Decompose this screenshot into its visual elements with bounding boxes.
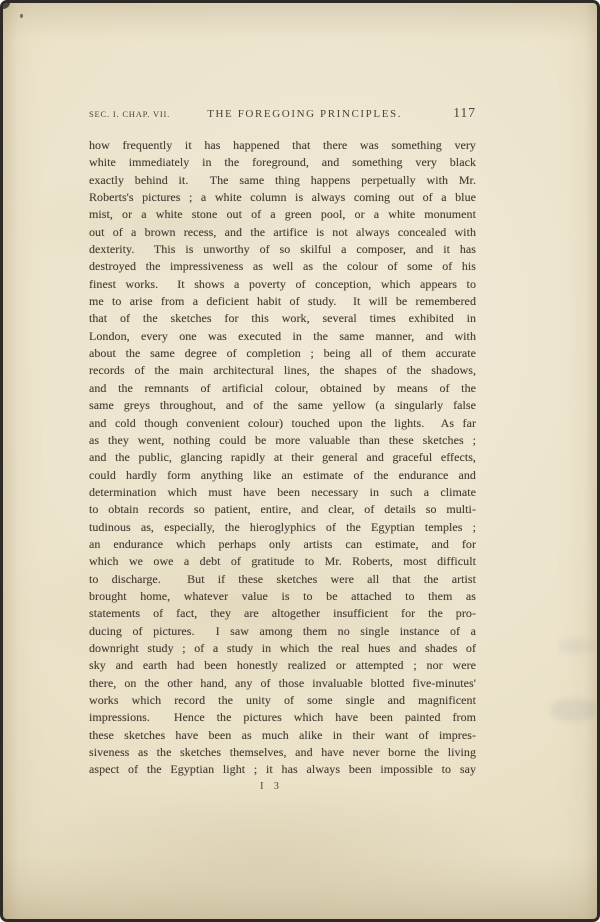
text-line: tudinous as, especially, the hieroglyphi… [89,519,476,536]
text-line: white immediately in the foreground, and… [89,154,476,171]
text-line: which we owe a debt of gratitude to Mr. … [89,553,476,570]
scan-corner-blot [1,1,10,9]
text-line: that of the sketches for this work, seve… [89,310,476,327]
text-line: about the same degree of completion ; be… [89,345,476,362]
text-line: impressions. Hence the pictures which ha… [89,709,476,726]
text-line: determination which must have been neces… [89,484,476,501]
text-line: out of a brown recess, and the artifice … [89,224,476,241]
text-line: these sketches have been as much alike i… [89,727,476,744]
page-number: 117 [453,105,476,121]
text-line: and the public, glancing rapidly at thei… [89,449,476,466]
text-line: me to arise from a deficient habit of st… [89,293,476,310]
body-text: how frequently it has happened that ther… [89,137,476,779]
text-line: same greys throughout, and of the same y… [89,397,476,414]
text-line: to discharge. But if these sketches were… [89,571,476,588]
text-line: destroyed the impressiveness as well as … [89,258,476,275]
text-line: London, every one was executed in the sa… [89,328,476,345]
text-line: there, on the other hand, any of those i… [89,675,476,692]
text-line: finest works. It shows a poverty of conc… [89,276,476,293]
text-line: downright study ; of a study in which th… [89,640,476,657]
text-line: statements of fact, they are altogether … [89,605,476,622]
text-line: dexterity. This is unworthy of so skilfu… [89,241,476,258]
running-head: Sec. I. Chap. VII. THE FOREGOING PRINCIP… [89,105,476,121]
chapter-reference: Sec. I. Chap. VII. [89,109,170,119]
text-line: mist, or a white stone out of a green po… [89,206,476,223]
text-line: an endurance which perhaps only artists … [89,536,476,553]
text-line: could hardly form anything like an estim… [89,467,476,484]
text-line: Roberts's pictures ; a white column is a… [89,189,476,206]
text-line: how frequently it has happened that ther… [89,137,476,154]
show-through-smudge [559,639,595,653]
page-title: THE FOREGOING PRINCIPLES. [170,108,453,120]
text-line: as they went, nothing could be more valu… [89,432,476,449]
text-line: works which record the unity of some sin… [89,692,476,709]
text-line: brought home, whatever value is to be at… [89,588,476,605]
scanned-book-page: Sec. I. Chap. VII. THE FOREGOING PRINCIP… [0,0,600,922]
text-line: and cold though convenient colour) touch… [89,415,476,432]
signature-mark: I 3 [89,781,476,792]
text-line: sky and earth had been honestly realized… [89,657,476,674]
text-line: and the remnants of artificial colour, o… [89,380,476,397]
text-line: ducing of pictures. I saw among them no … [89,623,476,640]
text-line: to obtain records so patient, entire, an… [89,501,476,518]
text-line: aspect of the Egyptian light ; it has al… [89,761,476,778]
scan-speck [20,14,23,18]
text-line: records of the main architectural lines,… [89,362,476,379]
show-through-smudge [551,699,597,721]
text-line: siveness as the sketches themselves, and… [89,744,476,761]
text-line: exactly behind it. The same thing happen… [89,172,476,189]
